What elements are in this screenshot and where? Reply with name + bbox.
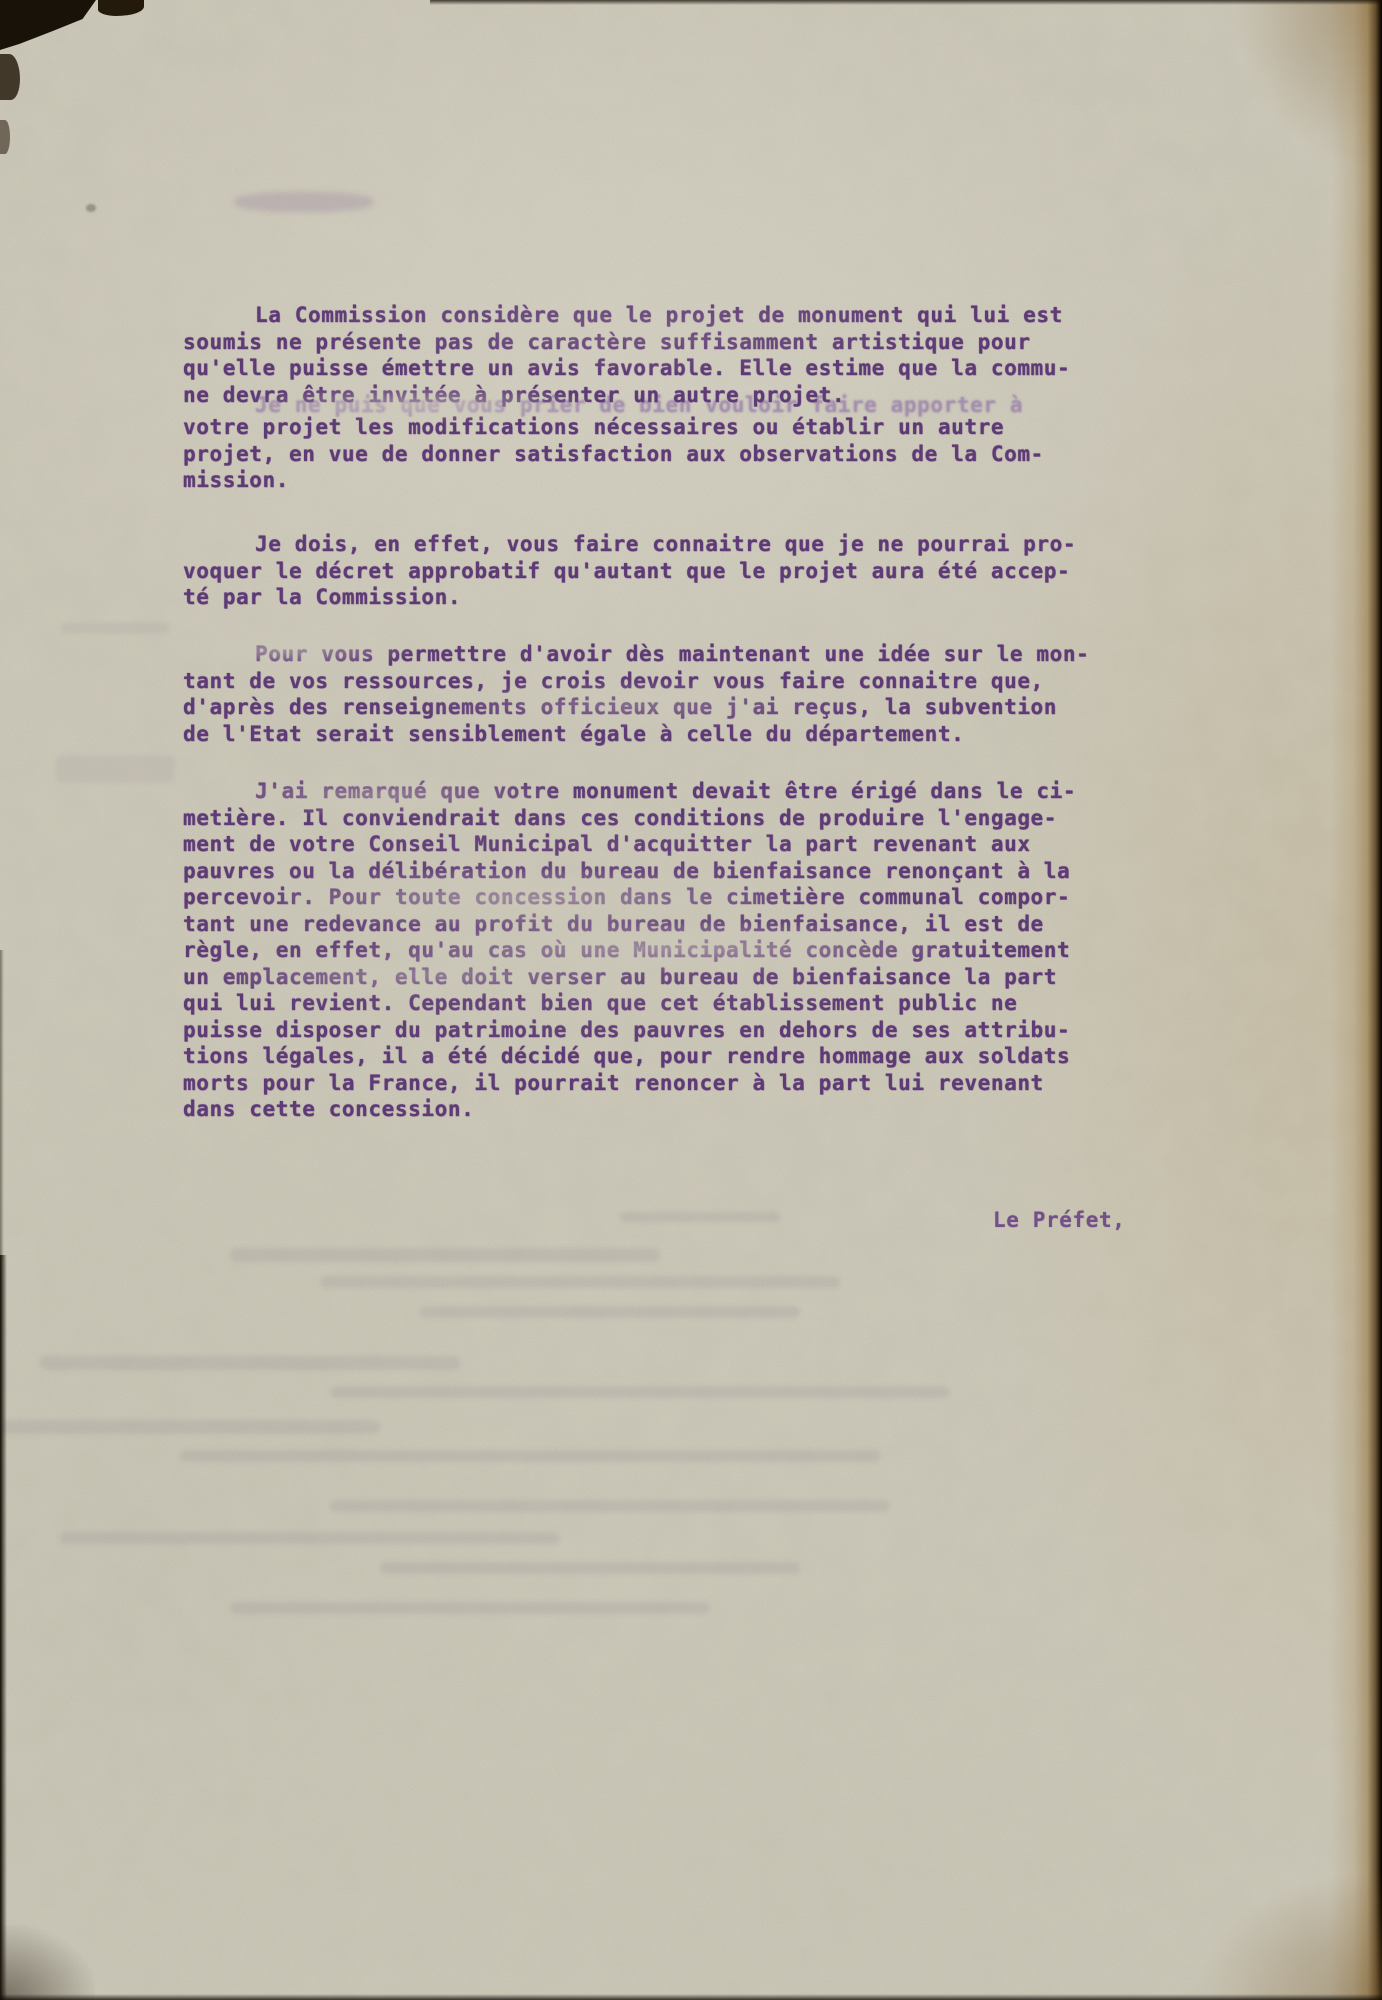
- paragraph-5: J'ai remarqué que votre monument devait …: [183, 778, 1123, 1123]
- typed-line: ment de votre Conseil Municipal d'acquit…: [183, 831, 1123, 858]
- corner-stain: [0, 1925, 95, 2000]
- typed-line: de l'Etat serait sensiblement égale à ce…: [183, 721, 1123, 748]
- typed-line: projet, en vue de donner satisfaction au…: [183, 441, 1123, 468]
- bleed-through-smudge: [230, 1248, 660, 1262]
- scanned-letter-page: La Commission considère que le projet de…: [0, 0, 1382, 2000]
- typed-line: ne devra être invitée à présenter un aut…: [183, 382, 1123, 409]
- typed-line: dans cette concession.: [183, 1096, 1123, 1123]
- bleed-through-smudge: [180, 1450, 880, 1462]
- typed-line: qui lui revient. Cependant bien que cet …: [183, 990, 1123, 1017]
- bleed-through-smudge: [620, 1212, 780, 1222]
- typed-line: morts pour la France, il pourrait renonc…: [183, 1070, 1123, 1097]
- typed-line: metière. Il conviendrait dans ces condit…: [183, 805, 1123, 832]
- typed-line: puisse disposer du patrimoine des pauvre…: [183, 1017, 1123, 1044]
- typed-line: pauvres ou la délibération du bureau de …: [183, 858, 1123, 885]
- paper-bottom-edge: [0, 1994, 1382, 2000]
- typed-line: percevoir. Pour toute concession dans le…: [183, 884, 1123, 911]
- typed-line: votre projet les modifications nécessair…: [183, 414, 1123, 441]
- typed-line: La Commission considère que le projet de…: [183, 302, 1123, 329]
- bleed-through-smudge: [60, 1532, 560, 1544]
- bleed-through-smudge: [420, 1306, 800, 1318]
- paragraph-4: Pour vous permettre d'avoir dès maintena…: [183, 641, 1123, 747]
- typed-line: voquer le décret approbatif qu'autant qu…: [183, 558, 1123, 585]
- torn-edge-chip: [98, 0, 144, 16]
- paper-left-edge: [0, 950, 4, 1260]
- paper-spot: [86, 204, 96, 212]
- bleed-through-smudge: [380, 1562, 800, 1574]
- paper-right-edge: [1330, 0, 1382, 2000]
- torn-edge-chip: [0, 120, 10, 154]
- faded-ink-smudge: [235, 192, 373, 212]
- typed-line: J'ai remarqué que votre monument devait …: [183, 778, 1123, 805]
- typed-line: d'après des renseignements officieux que…: [183, 694, 1123, 721]
- bleed-through-smudge: [320, 1276, 840, 1288]
- paper-top-edge: [430, 0, 1382, 5]
- typed-line: mission.: [183, 467, 1123, 494]
- bleed-through-smudge: [40, 1356, 460, 1370]
- corner-stain: [1232, 0, 1382, 170]
- bleed-through-smudge: [0, 1420, 380, 1434]
- torn-edge-chip: [0, 54, 20, 100]
- typed-line: soumis ne présente pas de caractère suff…: [183, 329, 1123, 356]
- bleed-through-smudge: [330, 1500, 890, 1512]
- paper-left-edge: [0, 1255, 7, 2000]
- typed-line: tant une redevance au profit du bureau d…: [183, 911, 1123, 938]
- bleed-through-smudge: [60, 622, 170, 634]
- paragraph-1: La Commission considère que le projet de…: [183, 302, 1123, 408]
- typed-line: Pour vous permettre d'avoir dès maintena…: [183, 641, 1123, 668]
- typed-line: tant de vos ressources, je crois devoir …: [183, 668, 1123, 695]
- torn-edge-chip: [0, 0, 96, 50]
- signature-le-prefet: Le Préfet,: [993, 1208, 1125, 1232]
- typed-line: té par la Commission.: [183, 584, 1123, 611]
- paragraph-3: Je dois, en effet, vous faire connaitre …: [183, 531, 1123, 611]
- paragraph-2: votre projet les modifications nécessair…: [183, 414, 1123, 494]
- bleed-through-smudge: [330, 1386, 950, 1398]
- bleed-through-smudge: [55, 755, 175, 783]
- typed-line: qu'elle puisse émettre un avis favorable…: [183, 355, 1123, 382]
- corner-stain: [1192, 1870, 1382, 2000]
- typed-line: Je dois, en effet, vous faire connaitre …: [183, 531, 1123, 558]
- bleed-through-smudge: [230, 1602, 710, 1614]
- typed-line: règle, en effet, qu'au cas où une Munici…: [183, 937, 1123, 964]
- typed-line: un emplacement, elle doit verser au bure…: [183, 964, 1123, 991]
- typed-line: tions légales, il a été décidé que, pour…: [183, 1043, 1123, 1070]
